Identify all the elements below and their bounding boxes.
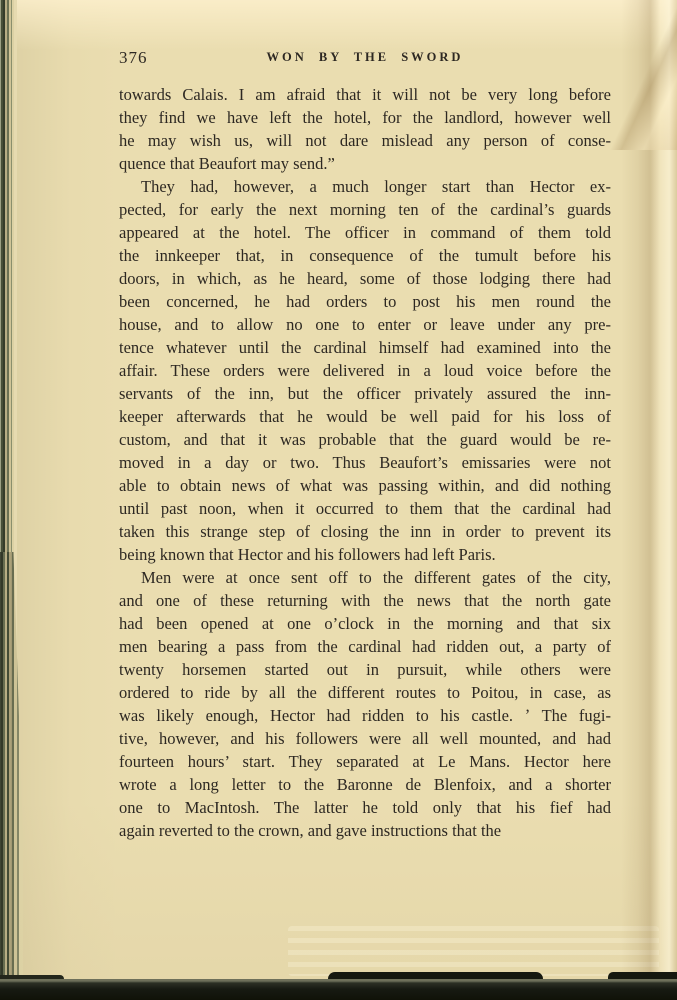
- text-line: one to MacIntosh. The latter he told onl…: [119, 796, 611, 819]
- scan-streaks: [288, 926, 659, 976]
- text-line: and one of these returning with the news…: [119, 589, 611, 612]
- text-line: able to obtain news of what was passing …: [119, 474, 611, 497]
- text-line: appeared at the hotel. The officer in co…: [119, 221, 611, 244]
- text-line: towards Calais. I am afraid that it will…: [119, 83, 611, 106]
- text-line: servants of the inn, but the officer pri…: [119, 382, 611, 405]
- page-number: 376: [119, 48, 148, 68]
- text-line: moved in a day or two. Thus Beaufort’s e…: [119, 451, 611, 474]
- text-line: wrote a long letter to the Baronne de Bl…: [119, 773, 611, 796]
- text-line: quence that Beaufort may send.”: [119, 152, 611, 175]
- page-corner-crease: [607, 0, 677, 150]
- text-line: tive, however, and his followers were al…: [119, 727, 611, 750]
- text-line: fourteen hours’ start. They separated at…: [119, 750, 611, 773]
- text-line: he may wish us, will not dare mislead an…: [119, 129, 611, 152]
- text-line: keeper afterwards that he would be well …: [119, 405, 611, 428]
- text-line: had been opened at one o’clock in the mo…: [119, 612, 611, 635]
- text-line: the innkeeper that, in consequence of th…: [119, 244, 611, 267]
- text-line: been concerned, he had orders to post hi…: [119, 290, 611, 313]
- text-line: pected, for early the next morning ten o…: [119, 198, 611, 221]
- text-line: house, and to allow no one to enter or l…: [119, 313, 611, 336]
- text-line: twenty horsemen started out in pursuit, …: [119, 658, 611, 681]
- book-page-photo: 376 WON BY THE SWORD towards Calais. I a…: [0, 0, 677, 1000]
- text-line: Men were at once sent off to the differe…: [119, 566, 611, 589]
- running-header: 376 WON BY THE SWORD: [119, 47, 611, 69]
- text-line: ordered to ride by all the different rou…: [119, 681, 611, 704]
- text-line: was likely enough, Hector had ridden to …: [119, 704, 611, 727]
- text-line: They had, however, a much longer start t…: [119, 175, 611, 198]
- running-title: WON BY THE SWORD: [267, 50, 464, 65]
- text-line: again reverted to the crown, and gave in…: [119, 819, 611, 842]
- text-line: until past noon, when it occurred to the…: [119, 497, 611, 520]
- text-line: doors, in which, as he heard, some of th…: [119, 267, 611, 290]
- book-cover-bottom: [0, 979, 677, 1000]
- text-line: men bearing a pass from the cardinal had…: [119, 635, 611, 658]
- text-line: they find we have left the hotel, for th…: [119, 106, 611, 129]
- text-line: affair. These orders were delivered in a…: [119, 359, 611, 382]
- text-line: taken this strange step of closing the i…: [119, 520, 611, 543]
- text-line: custom, and that it was probable that th…: [119, 428, 611, 451]
- text-line: being known that Hector and his follower…: [119, 543, 611, 566]
- text-line: tence whatever until the cardinal himsel…: [119, 336, 611, 359]
- page-text: towards Calais. I am afraid that it will…: [119, 83, 611, 842]
